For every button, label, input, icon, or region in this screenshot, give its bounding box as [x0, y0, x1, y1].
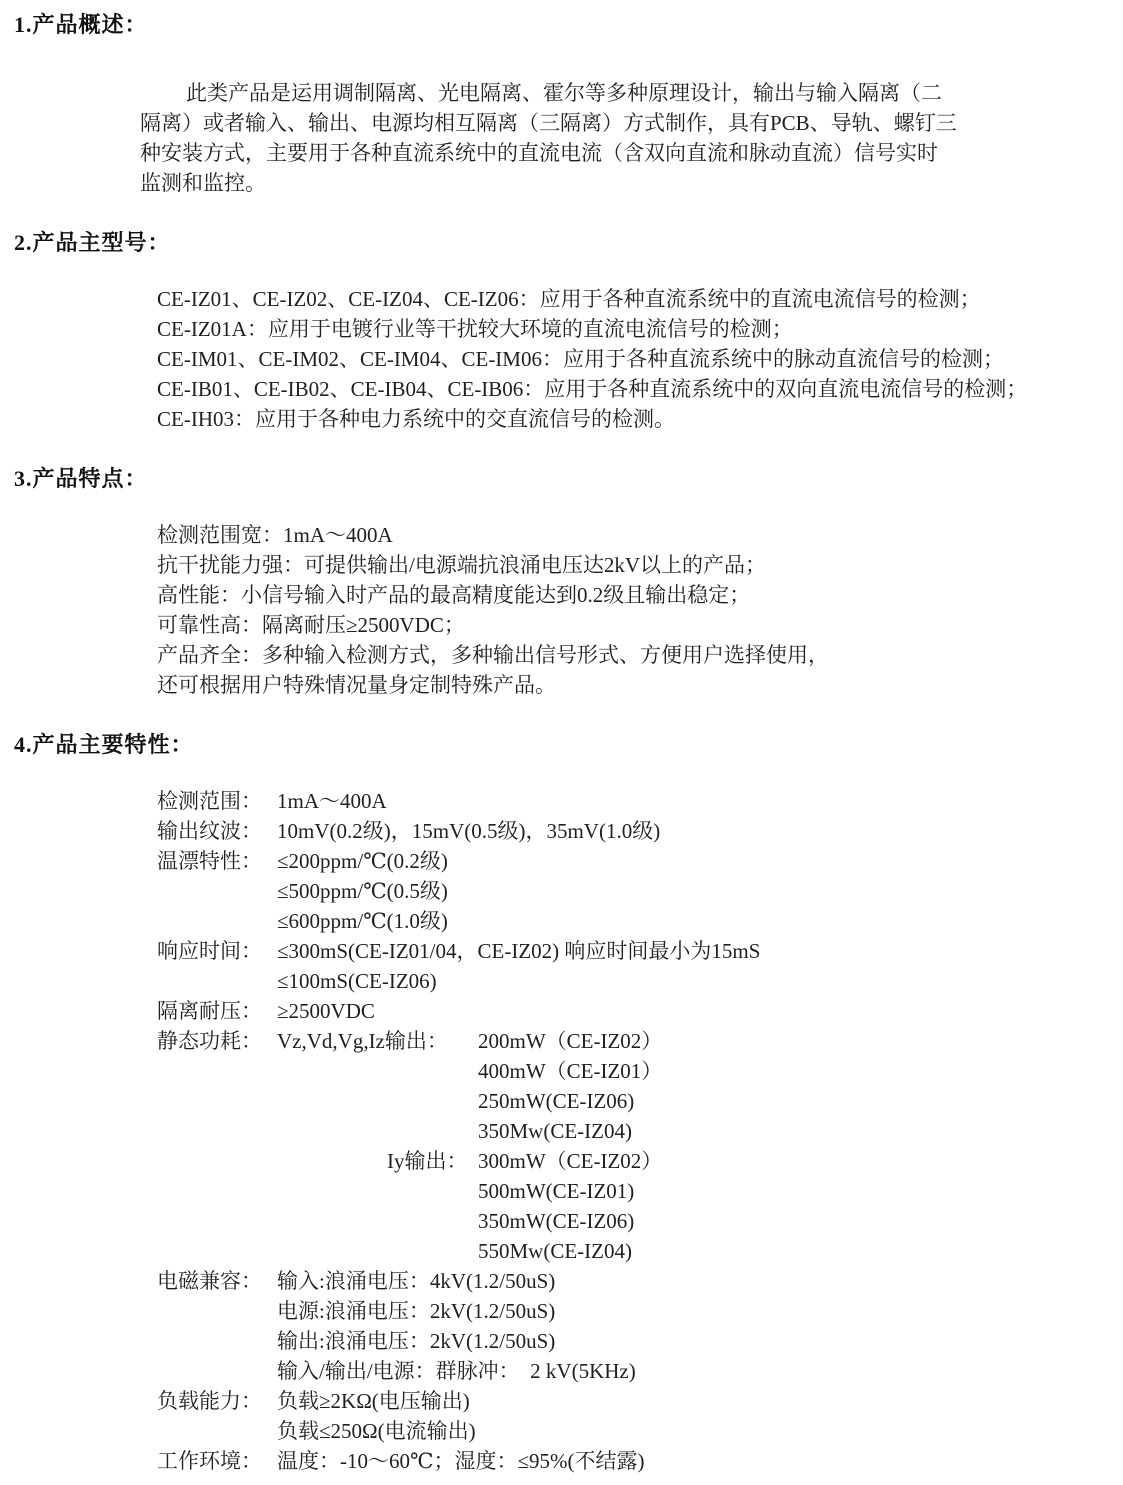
text-line: 检测范围宽：1mA～400A — [157, 520, 1123, 550]
document-page: { "page": { "background_color": "#ffffff… — [0, 0, 1123, 1485]
spec-row: 输入/输出/电源：群脉冲： 2 kV(5KHz) — [0, 1356, 1123, 1386]
spec-segment-label: 检测范围： — [157, 786, 262, 816]
text-line: 种安装方式，主要用于各种直流系统中的直流电流（含双向直流和脉动直流）信号实时 — [140, 138, 1123, 168]
spec-row: 250mW(CE-IZ06) — [0, 1086, 1123, 1116]
text-line: 产品齐全：多种输入检测方式，多种输出信号形式、方便用户选择使用， — [157, 640, 1123, 670]
spec-row: 隔离耐压：≥2500VDC — [0, 996, 1123, 1026]
spec-row: 负载≤250Ω(电流输出) — [0, 1416, 1123, 1446]
spec-segment-value: 输入/输出/电源：群脉冲： 2 kV(5KHz) — [277, 1356, 636, 1386]
spec-segment-iy: Iy输出： — [387, 1146, 468, 1176]
spec-segment-value: 负载≥2KΩ(电压输出) — [277, 1386, 470, 1416]
spec-segment-power: 300mW（CE-IZ02） — [478, 1146, 662, 1176]
spec-row: 负载能力：负载≥2KΩ(电压输出) — [0, 1386, 1123, 1416]
spec-segment-label: 输出纹波： — [157, 816, 262, 846]
text-line: 此类产品是运用调制隔离、光电隔离、霍尔等多种原理设计，输出与输入隔离（二 — [140, 78, 1123, 108]
text-line: 抗干扰能力强：可提供输出/电源端抗浪涌电压达2kV以上的产品； — [157, 550, 1123, 580]
spec-row: ≤500ppm/℃(0.5级) — [0, 876, 1123, 906]
spec-row: 静态功耗：Vz,Vd,Vg,Iz输出：200mW（CE-IZ02） — [0, 1026, 1123, 1056]
text-line: 隔离）或者输入、输出、电源均相互隔离（三隔离）方式制作，具有PCB、导轨、螺钉三 — [140, 108, 1123, 138]
spec-row: 550Mw(CE-IZ04) — [0, 1236, 1123, 1266]
spec-segment-label: 电磁兼容： — [157, 1266, 262, 1296]
text-line: CE-IZ01、CE-IZ02、CE-IZ04、CE-IZ06：应用于各种直流系… — [157, 284, 1123, 314]
product-spec-document: 1.产品概述： 此类产品是运用调制隔离、光电隔离、霍尔等多种原理设计，输出与输入… — [0, 0, 1123, 1476]
spec-row: 500mW(CE-IZ01) — [0, 1176, 1123, 1206]
spec-segment-value: ≤100mS(CE-IZ06) — [277, 966, 437, 996]
spec-segment-value: ≤600ppm/℃(1.0级) — [277, 906, 448, 936]
spec-row: 350mW(CE-IZ06) — [0, 1206, 1123, 1236]
spec-segment-value: ≥2500VDC — [277, 996, 375, 1026]
text-line: CE-IM01、CE-IM02、CE-IM04、CE-IM06：应用于各种直流系… — [157, 344, 1123, 374]
spec-row: 350Mw(CE-IZ04) — [0, 1116, 1123, 1146]
spec-segment-value: 负载≤250Ω(电流输出) — [277, 1416, 476, 1446]
spec-segment-power: 550Mw(CE-IZ04) — [478, 1236, 632, 1266]
spec-segment-power: 350Mw(CE-IZ04) — [478, 1116, 632, 1146]
text-line: CE-IZ01A：应用于电镀行业等干扰较大环境的直流电流信号的检测； — [157, 314, 1123, 344]
spec-row: ≤100mS(CE-IZ06) — [0, 966, 1123, 996]
spec-table: 检测范围：1mA～400A输出纹波：10mV(0.2级)，15mV(0.5级)，… — [0, 786, 1123, 1476]
spec-row: Iy输出：300mW（CE-IZ02） — [0, 1146, 1123, 1176]
spec-segment-value: ≤500ppm/℃(0.5级) — [277, 876, 448, 906]
spec-segment-value: 电源:浪涌电压：2kV(1.2/50uS) — [277, 1296, 555, 1326]
spec-segment-value: 1mA～400A — [277, 786, 387, 816]
spec-row: 输出:浪涌电压：2kV(1.2/50uS) — [0, 1326, 1123, 1356]
spec-segment-label: 温漂特性： — [157, 846, 262, 876]
text-line: CE-IH03：应用于各种电力系统中的交直流信号的检测。 — [157, 404, 1123, 434]
spec-segment-value: 输入:浪涌电压：4kV(1.2/50uS) — [277, 1266, 555, 1296]
spec-segment-power: 400mW（CE-IZ01） — [478, 1056, 662, 1086]
section-heading-models: 2.产品主型号： — [14, 228, 1123, 258]
spec-row: 400mW（CE-IZ01） — [0, 1056, 1123, 1086]
spec-segment-label: 负载能力： — [157, 1386, 262, 1416]
spec-segment-label: 静态功耗： — [157, 1026, 262, 1056]
spec-row: 温漂特性：≤200ppm/℃(0.2级) — [0, 846, 1123, 876]
spec-row: 响应时间：≤300mS(CE-IZ01/04，CE-IZ02) 响应时间最小为1… — [0, 936, 1123, 966]
overview-paragraph: 此类产品是运用调制隔离、光电隔离、霍尔等多种原理设计，输出与输入隔离（二隔离）或… — [140, 78, 1123, 198]
spec-row: 电源:浪涌电压：2kV(1.2/50uS) — [0, 1296, 1123, 1326]
spec-row: 检测范围：1mA～400A — [0, 786, 1123, 816]
spec-segment-label: 隔离耐压： — [157, 996, 262, 1026]
feature-list: 检测范围宽：1mA～400A抗干扰能力强：可提供输出/电源端抗浪涌电压达2kV以… — [157, 520, 1123, 700]
spec-row: ≤600ppm/℃(1.0级) — [0, 906, 1123, 936]
spec-segment-label: 工作环境： — [157, 1446, 262, 1476]
spec-row: 工作环境：温度：-10～60℃；湿度：≤95%(不结露) — [0, 1446, 1123, 1476]
section-heading-features: 3.产品特点： — [14, 464, 1123, 494]
spec-segment-value: Vz,Vd,Vg,Iz输出： — [277, 1026, 448, 1056]
spec-segment-value: 输出:浪涌电压：2kV(1.2/50uS) — [277, 1326, 555, 1356]
text-line: 高性能：小信号输入时产品的最高精度能达到0.2级且输出稳定； — [157, 580, 1123, 610]
text-line: 还可根据用户特殊情况量身定制特殊产品。 — [157, 670, 1123, 700]
spec-segment-power: 250mW(CE-IZ06) — [478, 1086, 634, 1116]
spec-segment-label: 响应时间： — [157, 936, 262, 966]
spec-segment-power: 500mW(CE-IZ01) — [478, 1176, 634, 1206]
section-heading-overview: 1.产品概述： — [14, 10, 1123, 40]
spec-segment-power: 200mW（CE-IZ02） — [478, 1026, 662, 1056]
section-heading-specs: 4.产品主要特性： — [14, 730, 1123, 760]
text-line: 可靠性高：隔离耐压≥2500VDC； — [157, 610, 1123, 640]
spec-segment-value: ≤300mS(CE-IZ01/04，CE-IZ02) 响应时间最小为15mS — [277, 936, 760, 966]
spec-row: 输出纹波：10mV(0.2级)，15mV(0.5级)，35mV(1.0级) — [0, 816, 1123, 846]
text-line: 监测和监控。 — [140, 168, 1123, 198]
spec-row: 电磁兼容：输入:浪涌电压：4kV(1.2/50uS) — [0, 1266, 1123, 1296]
spec-segment-value: 10mV(0.2级)，15mV(0.5级)，35mV(1.0级) — [277, 816, 660, 846]
spec-segment-power: 350mW(CE-IZ06) — [478, 1206, 634, 1236]
model-list: CE-IZ01、CE-IZ02、CE-IZ04、CE-IZ06：应用于各种直流系… — [157, 284, 1123, 434]
spec-segment-value: 温度：-10～60℃；湿度：≤95%(不结露) — [277, 1446, 645, 1476]
text-line: CE-IB01、CE-IB02、CE-IB04、CE-IB06：应用于各种直流系… — [157, 374, 1123, 404]
spec-segment-value: ≤200ppm/℃(0.2级) — [277, 846, 448, 876]
